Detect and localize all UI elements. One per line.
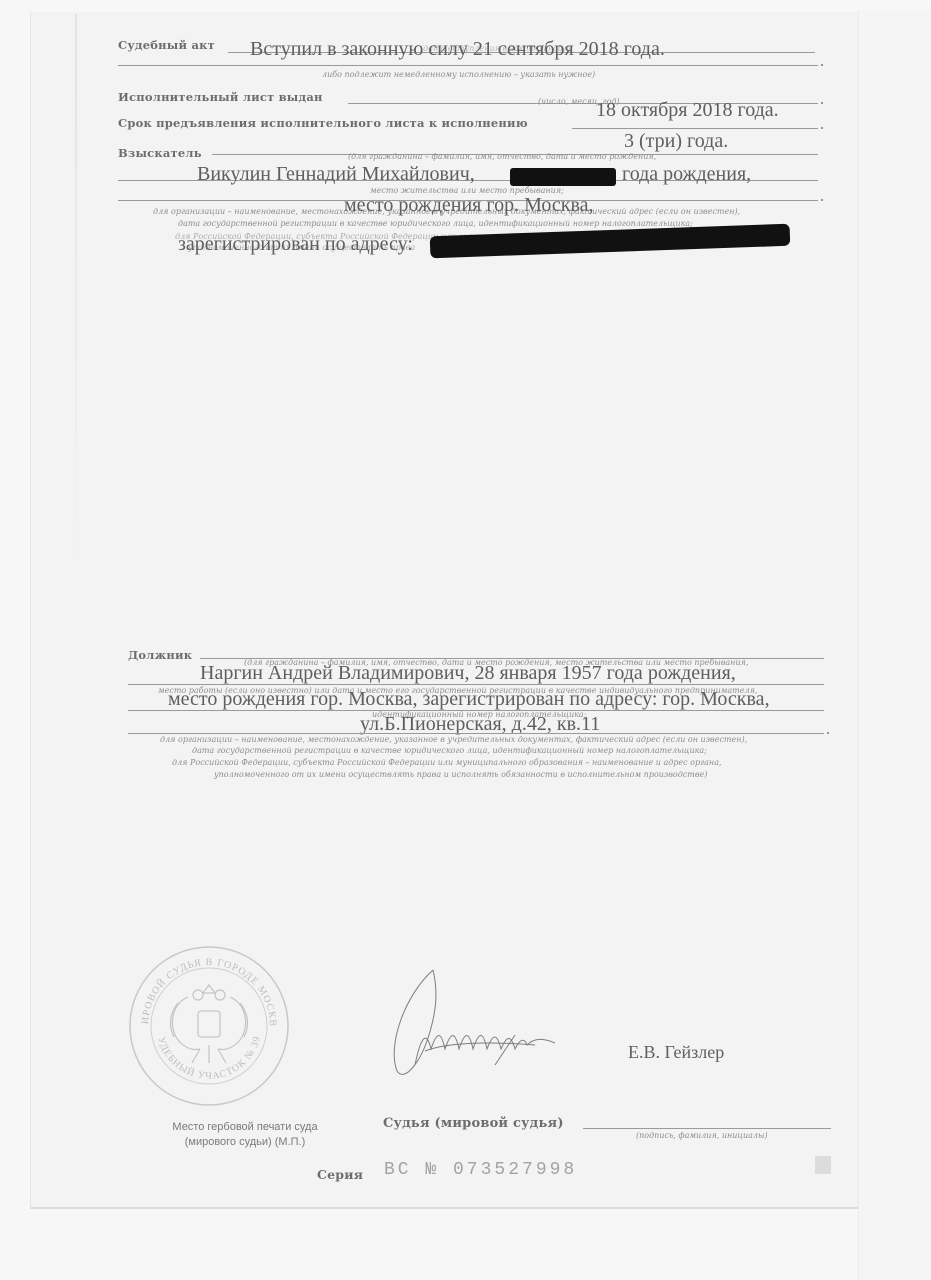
debtor-label: Должник [128,648,192,662]
presentation-term-rule [572,128,818,129]
seal-caption: Место гербовой печати суда (мирового суд… [150,1120,340,1150]
series-number: ВС № 073527998 [384,1160,577,1180]
presentation-term-value: 3 (три) года. [624,130,728,153]
debtor-hint-6: для Российской Федерации, субъекта Росси… [172,758,722,767]
judge-signature-rule [583,1128,831,1129]
debtor-birthplace-address: место рождения гор. Москва, зарегистриро… [168,688,770,711]
court-act-hint-below: либо подлежит немедленному исполнению – … [322,70,595,79]
writ-issued-value: 18 октября 2018 года. [596,99,779,122]
claimant-name: Викулин Геннадий Михайлович, [197,163,475,186]
debtor-hint-5: дата государственной регистрации в качес… [192,746,707,755]
claimant-address-label: зарегистрирован по адресу: [178,233,413,256]
judge-signature-icon [385,965,565,1085]
redacted-birthdate [510,168,616,186]
court-act-rule-2 [118,65,818,66]
presentation-term-label: Срок предъявления исполнительного листа … [118,116,528,130]
seal-caption-line-2: (мирового судьи) (М.П.) [150,1135,340,1150]
scanner-edge [858,10,931,1280]
court-seal-icon: МИРОВОЙ СУДЬЯ В ГОРОДЕ МОСКВЕ СУДЕБНЫЙ У… [128,945,290,1107]
writ-issued-label: Исполнительный лист выдан [118,90,323,104]
debtor-hint-7: уполномоченного от их имени осуществлять… [214,770,707,779]
claimant-hint-4: дата государственной регистрации в качес… [178,219,693,228]
claimant-hint-1: (для гражданина – фамилия, имя, отчество… [348,152,656,161]
page-fold-shadow [75,14,77,574]
seal-caption-line-1: Место гербовой печати суда [150,1120,340,1135]
series-label: Серия [317,1167,363,1182]
seal-ring-top-text: МИРОВОЙ СУДЬЯ В ГОРОДЕ МОСКВЕ [128,945,278,1027]
debtor-hint-4: для организации – наименование, местонах… [160,735,747,744]
svg-text:МИРОВОЙ СУДЬЯ В ГОРОДЕ МОСКВЕ: МИРОВОЙ СУДЬЯ В ГОРОДЕ МОСКВЕ [128,945,278,1027]
court-act-value: Вступил в законную силу 21 сентября 2018… [250,38,665,61]
claimant-label: Взыскатель [118,146,202,160]
corner-marker [815,1156,831,1174]
claimant-birth-suffix: года рождения, [622,163,751,186]
judge-name: Е.В. Гейзлер [628,1042,724,1063]
court-act-label: Судебный акт [118,38,215,52]
claimant-birthplace: место рождения гор. Москва, [344,194,594,217]
debtor-name: Наргин Андрей Владимирович, 28 января 19… [200,662,736,685]
debtor-rule-2 [128,684,824,685]
judge-hint: (подпись, фамилия, инициалы) [636,1131,768,1140]
judge-label: Судья (мировой судья) [383,1116,564,1131]
debtor-rule-4 [128,733,824,734]
